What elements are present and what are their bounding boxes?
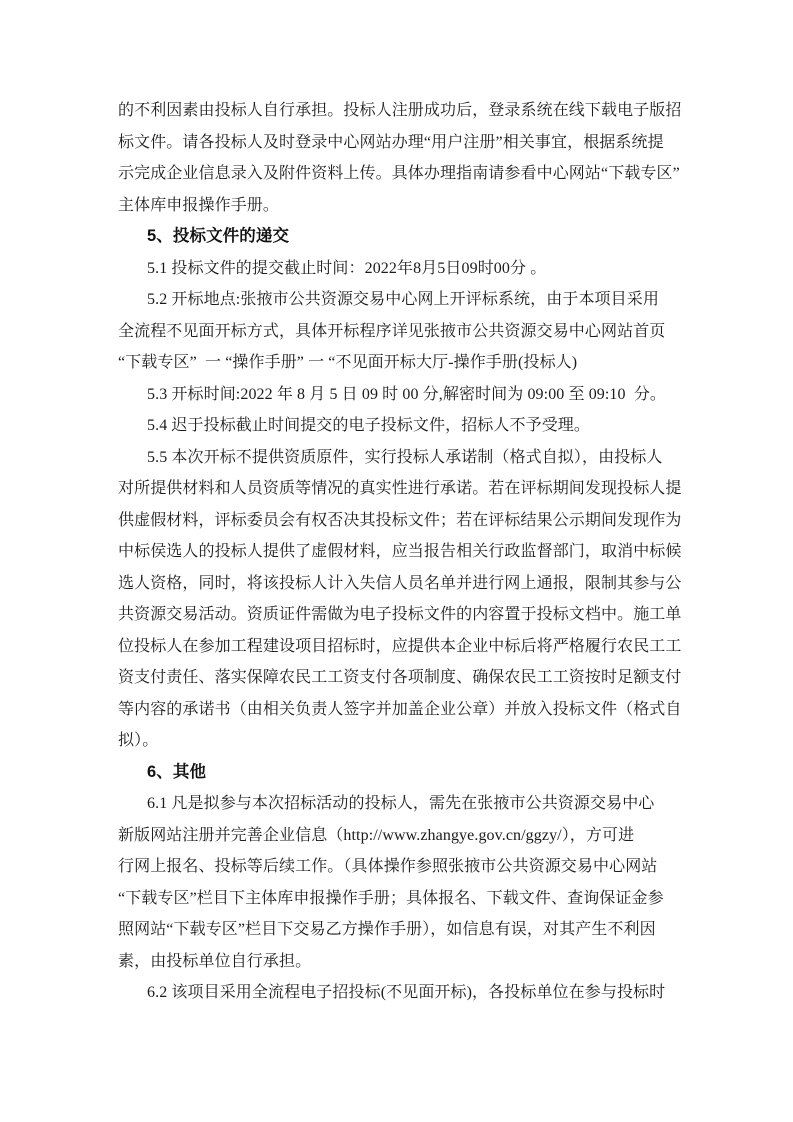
clause-5-3: 5.3 开标时间:2022 年 8 月 5 日 09 时 00 分,解密时间为 … [118,379,678,411]
text-line: 5.5 本次开标不提供资质原件，实行投标人承诺制（格式自拟），由投标人 [118,442,678,474]
text-line: 全流程不见面开标方式，具体开标程序详见张掖市公共资源交易中心网站首页 [118,316,678,348]
text-line: 的不利因素由投标人自行承担。投标人注册成功后，登录系统在线下载电子版招 [118,95,678,127]
text-line: 共资源交易活动。资质证件需做为电子投标文件的内容置于投标文档中。施工单 [118,599,678,631]
text-line: 供虚假材料，评标委员会有权否决其投标文件；若在评标结果公示期间发现作为 [118,505,678,537]
text-line: 位投标人在参加工程建设项目招标时，应提供本企业中标后将严格履行农民工工 [118,631,678,663]
text-line: 照网站“下载专区”栏目下交易乙方操作手册），如信息有误，对其产生不利因 [118,914,678,946]
text-line: 对所提供材料和人员资质等情况的真实性进行承诺。若在评标期间发现投标人提 [118,473,678,505]
clause-5-2: 5.2 开标地点:张掖市公共资源交易中心网上开评标系统，由于本项目采用全流程不见… [118,284,678,379]
text-line: “下载专区” 一 “操作手册” 一 “不见面开标大厅-操作手册(投标人) [118,347,678,379]
text-line: 5、投标文件的递交 [118,221,678,253]
text-line: 6、其他 [118,757,678,789]
document-page: 的不利因素由投标人自行承担。投标人注册成功后，登录系统在线下载电子版招标文件。请… [0,0,793,1122]
text-line: 资支付责任、落实保障农民工工资支付各项制度、确保农民工工资按时足额支付 [118,662,678,694]
clause-5-4: 5.4 迟于投标截止时间提交的电子投标文件，招标人不予受理。 [118,410,678,442]
registration-continuation-paragraph: 的不利因素由投标人自行承担。投标人注册成功后，登录系统在线下载电子版招标文件。请… [118,95,678,221]
text-line: 6.1 凡是拟参与本次招标活动的投标人，需先在张掖市公共资源交易中心 [118,788,678,820]
text-line: 标文件。请各投标人及时登录中心网站办理“用户注册”相关事宜，根据系统提 [118,127,678,159]
text-line: 5.2 开标地点:张掖市公共资源交易中心网上开评标系统，由于本项目采用 [118,284,678,316]
clause-6-2: 6.2 该项目采用全流程电子招投标(不见面开标)，各投标单位在参与投标时 [118,977,678,1009]
text-line: 5.4 迟于投标截止时间提交的电子投标文件，招标人不予受理。 [118,410,678,442]
text-line: 新版网站注册并完善企业信息（http://www.zhangye.gov.cn/… [118,820,678,852]
text-line: 5.3 开标时间:2022 年 8 月 5 日 09 时 00 分,解密时间为 … [118,379,678,411]
text-line: 主体库申报操作手册。 [118,190,678,222]
section-6-heading: 6、其他 [118,757,678,789]
text-line: 6.2 该项目采用全流程电子招投标(不见面开标)，各投标单位在参与投标时 [118,977,678,1009]
text-line: 中标侯选人的投标人提供了虚假材料，应当报告相关行政监督部门，取消中标候 [118,536,678,568]
clause-5-1: 5.1 投标文件的提交截止时间：2022年8月5日09时00分 。 [118,253,678,285]
document-content: 的不利因素由投标人自行承担。投标人注册成功后，登录系统在线下载电子版招标文件。请… [118,95,678,1009]
text-line: 等内容的承诺书（由相关负责人签字并加盖企业公章）并放入投标文件（格式自 [118,694,678,726]
text-line: 选人资格，同时，将该投标人计入失信人员名单并进行网上通报，限制其参与公 [118,568,678,600]
text-line: 拟）。 [118,725,678,757]
text-line: 5.1 投标文件的提交截止时间：2022年8月5日09时00分 。 [118,253,678,285]
text-line: 素，由投标单位自行承担。 [118,946,678,978]
text-line: 示完成企业信息录入及附件资料上传。具体办理指南请参看中心网站“下载专区” [118,158,678,190]
text-line: 行网上报名、投标等后续工作。（具体操作参照张掖市公共资源交易中心网站 [118,851,678,883]
text-line: “下载专区”栏目下主体库申报操作手册；具体报名、下载文件、查询保证金参 [118,883,678,915]
clause-5-5: 5.5 本次开标不提供资质原件，实行投标人承诺制（格式自拟），由投标人对所提供材… [118,442,678,757]
clause-6-1: 6.1 凡是拟参与本次招标活动的投标人，需先在张掖市公共资源交易中心新版网站注册… [118,788,678,977]
section-5-heading: 5、投标文件的递交 [118,221,678,253]
